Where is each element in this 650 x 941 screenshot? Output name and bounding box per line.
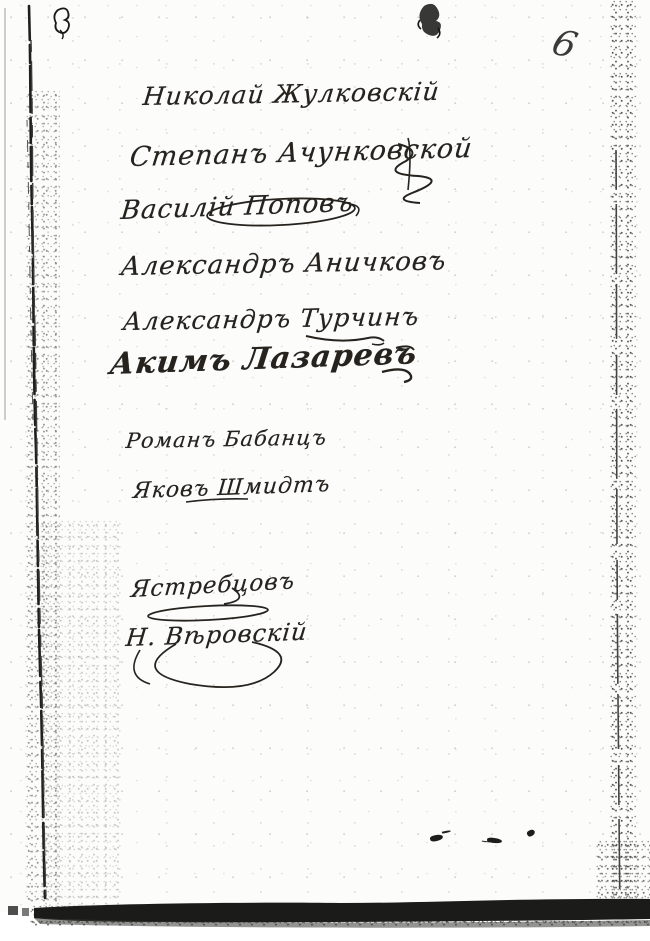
signature-turchin: Александръ Турчинъ: [122, 302, 421, 336]
signature-babants: Романъ Бабанцъ: [125, 425, 328, 453]
signature-anichkov: Александръ Аничковъ: [119, 246, 448, 282]
signature-zhulkovsky: Николай Жулковскій: [141, 77, 441, 111]
bottom-right-speckle: [596, 840, 650, 910]
left-lower-speckle: [40, 520, 120, 910]
right-edge-speckle-band: [610, 0, 636, 912]
scanned-document-page: 6 Николай Жулковскій Степанъ Ачунковской…: [0, 0, 650, 941]
bottom-edge-speckle: [30, 905, 650, 929]
